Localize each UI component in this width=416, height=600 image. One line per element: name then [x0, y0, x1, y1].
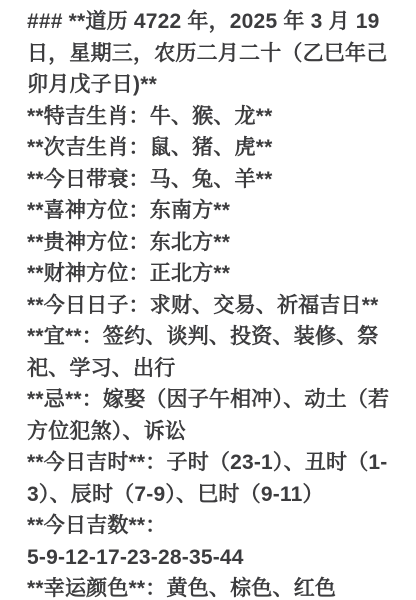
almanac-line: **次吉生肖：鼠、猪、虎** [27, 132, 390, 164]
almanac-text-page: ### **道历 4722 年，2025 年 3 月 19 日，星期三，农历二月… [0, 0, 416, 600]
almanac-line: **特吉生肖：牛、猴、龙** [27, 101, 390, 133]
almanac-line: **今日吉时**：子时（23-1）、丑时（1-3）、辰时（7-9）、巳时（9-1… [27, 447, 390, 510]
almanac-text-block: ### **道历 4722 年，2025 年 3 月 19 日，星期三，农历二月… [0, 0, 416, 600]
almanac-line: **今日日子：求财、交易、祈福吉日** [27, 290, 390, 322]
almanac-line: **喜神方位：东南方** [27, 195, 390, 227]
almanac-line: **宜**：签约、谈判、投资、装修、祭祀、学习、出行 [27, 321, 390, 384]
almanac-line: **财神方位：正北方** [27, 258, 390, 290]
almanac-line: **贵神方位：东北方** [27, 227, 390, 259]
almanac-line: **幸运颜色**：黄色、棕色、红色 [27, 573, 390, 600]
almanac-line: **今日带衰：马、兔、羊** [27, 164, 390, 196]
almanac-line: **忌**：嫁娶（因子午相冲）、动土（若方位犯煞）、诉讼 [27, 384, 390, 447]
almanac-line: **今日吉数**： [27, 510, 390, 542]
almanac-line: 5-9-12-17-23-28-35-44 [27, 542, 390, 574]
almanac-line: ### **道历 4722 年，2025 年 3 月 19 日，星期三，农历二月… [27, 6, 390, 101]
